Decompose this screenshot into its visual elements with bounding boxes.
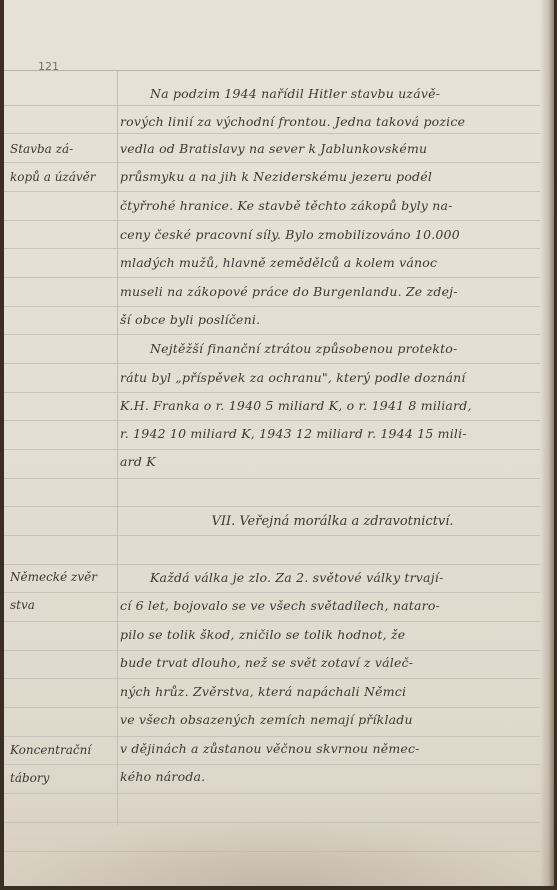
ruled-line <box>4 506 540 507</box>
text-line: bude trvat dlouho, než se svět zotaví z … <box>120 653 545 673</box>
ruled-line <box>4 764 540 765</box>
text-line: ných hrůz. Zvěrstva, která napáchali Něm… <box>120 682 545 702</box>
ruled-line <box>4 592 540 593</box>
margin-divider <box>117 70 118 825</box>
ruled-line <box>4 822 540 823</box>
text-line: průsmyku a na jih k Neziderskému jezeru … <box>120 167 545 187</box>
ruled-line <box>4 420 540 421</box>
margin-note-trench-construction: Stavba zá- <box>10 139 115 159</box>
ruled-line <box>4 478 540 479</box>
text-line: vedla od Bratislavy na sever k Jablunkov… <box>120 139 545 159</box>
text-line: Nejtěžší finanční ztrátou způsobenou pro… <box>120 339 545 359</box>
margin-note-german-atrocities: stva <box>10 595 115 615</box>
text-line: r. 1942 10 miliard K, 1943 12 miliard r.… <box>120 424 545 444</box>
ruled-line <box>4 162 540 163</box>
text-line: museli na zákopové práce do Burgenlandu.… <box>120 282 545 302</box>
text-line: K.H. Franka o r. 1940 5 miliard K, o r. … <box>120 396 545 416</box>
text-line: rových linií za východní frontou. Jedna … <box>120 112 545 132</box>
ledger-page: 121 Stavba zá- kopů a úzávěr Německé zvě… <box>4 0 554 886</box>
ruled-line <box>4 306 540 307</box>
text-line: ard K <box>120 452 545 472</box>
ruled-line <box>4 564 540 565</box>
text-line: Na podzim 1944 nařídil Hitler stavbu uzá… <box>120 84 545 104</box>
ruled-line <box>4 707 540 708</box>
text-line: kého národa. <box>120 767 545 787</box>
section-heading: VII. Veřejná morálka a zdravotnictví. <box>120 512 545 532</box>
ruled-line <box>4 678 540 679</box>
ruled-line <box>4 535 540 536</box>
text-line: mladých mužů, hlavně zemědělců a kolem v… <box>120 253 545 273</box>
text-line: ceny české pracovní síly. Bylo zmobilizo… <box>120 225 545 245</box>
margin-note-german-atrocities: Německé zvěr <box>10 567 115 587</box>
ruled-line <box>4 650 540 651</box>
ruled-line <box>4 334 540 335</box>
ruled-line <box>4 105 540 106</box>
ruled-line <box>4 191 540 192</box>
text-line: čtyřrohé hranice. Ke stavbě těchto zákop… <box>120 196 545 216</box>
ruled-line <box>4 277 540 278</box>
text-line: rátu byl „příspěvek za ochranu", který p… <box>120 368 545 388</box>
page-number: 121 <box>38 60 59 73</box>
header-rule <box>4 70 540 71</box>
ruled-line <box>4 248 540 249</box>
text-line: pilo se tolik škod, zničilo se tolik hod… <box>120 625 545 645</box>
margin-note-concentration-camps: tábory <box>10 768 115 788</box>
margin-note-trench-construction: kopů a úzávěr <box>10 167 115 187</box>
text-line: v dějinách a zůstanou věčnou skvrnou něm… <box>120 739 545 759</box>
ruled-line <box>4 621 540 622</box>
ruled-line <box>4 449 540 450</box>
ruled-line <box>4 851 540 852</box>
text-line: ve všech obsazených zemích nemají příkla… <box>120 710 545 730</box>
text-line: ší obce byli poslíčeni. <box>120 310 545 330</box>
ruled-line <box>4 392 540 393</box>
ruled-line <box>4 736 540 737</box>
ruled-line <box>4 363 540 364</box>
margin-note-concentration-camps: Koncentrační <box>10 740 115 760</box>
text-line: cí 6 let, bojovalo se ve všech světadíle… <box>120 596 545 616</box>
ruled-line <box>4 133 540 134</box>
text-line: Každá válka je zlo. Za 2. světové války … <box>120 568 545 588</box>
ruled-line <box>4 220 540 221</box>
ruled-line <box>4 793 540 794</box>
